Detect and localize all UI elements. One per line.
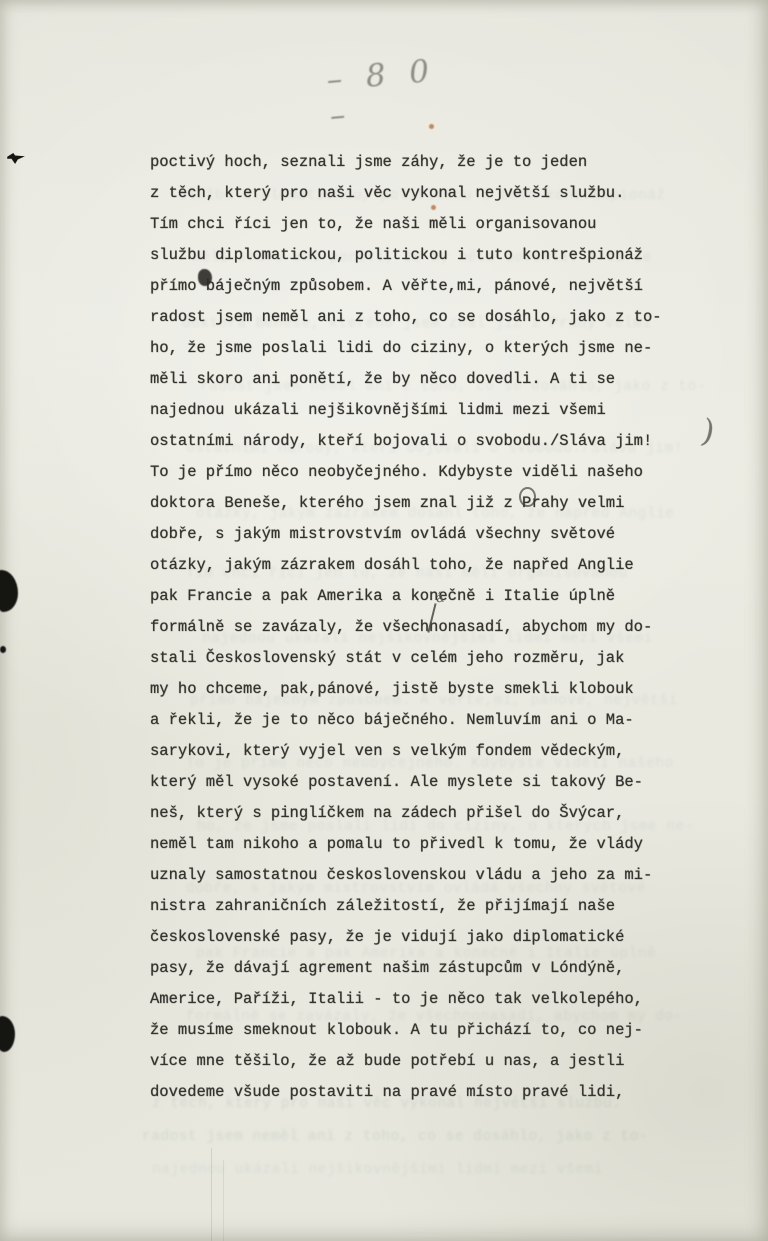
document-page: službu diplomatickou, politickou i tuto … xyxy=(0,0,768,1241)
typed-line: pak Francie a pak Amerika a konečně i It… xyxy=(150,581,710,612)
handwritten-insert-letter: á xyxy=(435,591,445,607)
typed-line: že musíme smeknout klobouk. A tu přicház… xyxy=(150,1015,710,1046)
typed-line: najednou ukázali nejšikovnějšími lidmi m… xyxy=(150,395,710,426)
typed-line: Tím chci říci jen to, že naši měli organ… xyxy=(150,209,710,240)
ink-speck xyxy=(0,646,6,653)
typed-line: více mne těšilo, že až bude potřebí u na… xyxy=(150,1046,710,1077)
typed-line: Americe, Paříži, Italii - to je něco tak… xyxy=(150,984,710,1015)
typed-line: pasy, že dávají agrement našim zástupcům… xyxy=(150,953,710,984)
typed-line: který měl vysoké postavení. Ale myslete … xyxy=(150,767,710,798)
paper-crease xyxy=(211,1148,212,1241)
typed-line: ho, že jsme poslali lidi do ciziny, o kt… xyxy=(150,333,710,364)
typed-line: ostatními národy, kteří bojovali o svobo… xyxy=(150,426,710,457)
typed-line: neměl tam nikoho a pomalu to přivedl k t… xyxy=(150,829,710,860)
typed-line: dobře, s jakým mistrovstvím ovládá všech… xyxy=(150,519,710,550)
ink-overstrike-blot xyxy=(198,269,212,286)
typed-line: československé pasy, že je vidují jako d… xyxy=(150,922,710,953)
typed-line: neš, který s pinglíčkem na zádech přišel… xyxy=(150,798,710,829)
typed-line: stali Československý stát v celém jeho r… xyxy=(150,643,710,674)
typed-line: službu diplomatickou, politickou i tuto … xyxy=(150,240,710,271)
typed-line: radost jsem neměl ani z toho, co se dosá… xyxy=(150,302,710,333)
typed-line: poctivý hoch, seznali jsme záhy, že je t… xyxy=(150,147,710,178)
page-number-handwritten: – 8 0 – xyxy=(325,50,471,134)
typed-line: sarykovi, který vyjel ven s velkým fonde… xyxy=(150,736,710,767)
typed-line: otázky, jakým zázrakem dosáhl toho, že n… xyxy=(150,550,710,581)
orange-speck xyxy=(429,124,434,129)
ink-blot-large xyxy=(0,570,18,612)
typed-line: měli skoro ani ponětí, že by něco dovedl… xyxy=(150,364,710,395)
paper-crease xyxy=(223,1160,224,1241)
typed-line: To je přímo něco neobyčejného. Kdybyste … xyxy=(150,457,710,488)
typed-line: my ho chceme, pak,pánové, jistě byste sm… xyxy=(150,674,710,705)
typed-line: přímo báječným způsobem. A věřte,mi, pán… xyxy=(150,271,710,302)
typed-line: nistra zahraničních záležitostí, že přij… xyxy=(150,891,710,922)
ink-blot-arrow xyxy=(7,151,25,164)
typed-line: uznaly samostatnou československou vládu… xyxy=(150,860,710,891)
ink-blot-bottom xyxy=(0,1016,15,1052)
bleedthrough-line: najednou ukázali nejšikovnějšími lidmi m… xyxy=(152,1162,603,1178)
bleedthrough-line: radost jsem neměl ani z toho, co se dosá… xyxy=(142,1129,648,1145)
orange-speck xyxy=(431,205,436,210)
ink-overstrike-ring xyxy=(519,487,536,507)
typed-line: doktora Beneše, kterého jsem znal již z … xyxy=(150,488,710,519)
typed-line: dovedeme všude postaviti na pravé místo … xyxy=(150,1077,710,1108)
typed-line: a řekli, že je to něco báječného. Nemluv… xyxy=(150,705,710,736)
typed-line: z těch, který pro naši věc vykonal nejvě… xyxy=(150,178,710,209)
